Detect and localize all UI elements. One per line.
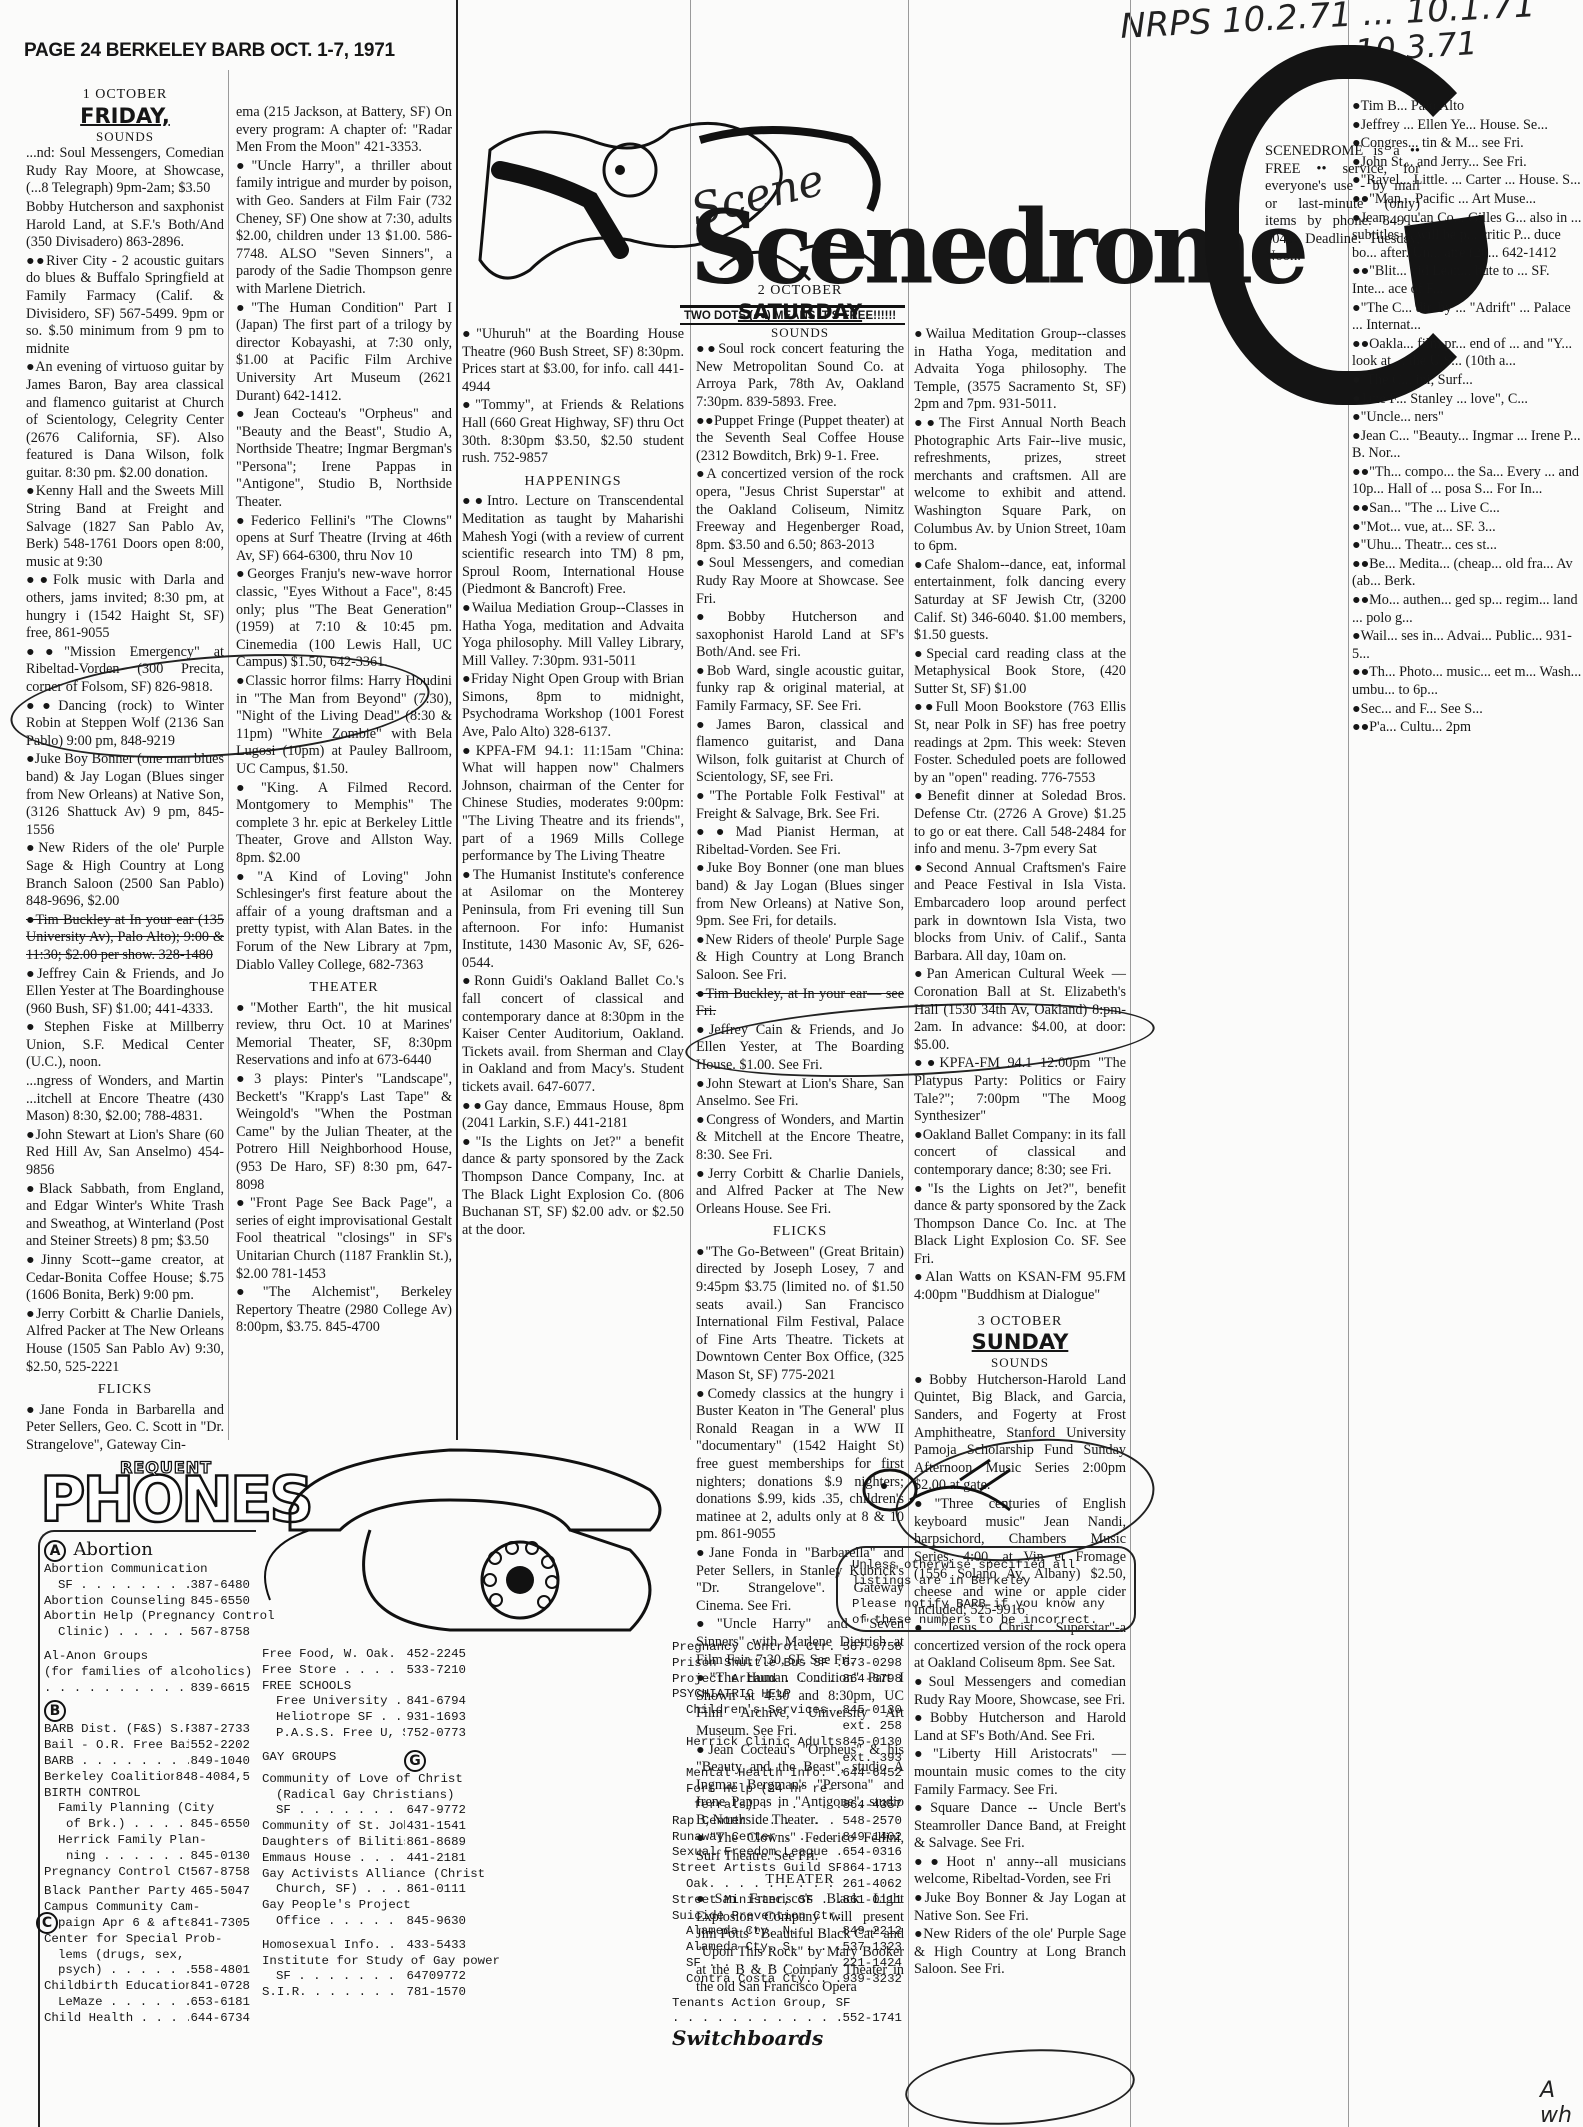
listing-circled: ●New Riders of the ole' Purple Sage & Hi… — [914, 1926, 1126, 1979]
phone-entry: Herrick Family Plan- — [44, 1833, 250, 1849]
listing: ●KPFA-FM 94.1: 11:15am "China: What will… — [462, 743, 684, 866]
listing-struck: ●Tim Buckley at In your ear (135 Univers… — [26, 912, 224, 965]
phone-entry: Street Minister, SF861-0111 — [672, 1893, 902, 1909]
listing: ●Sec... and F... See S... — [1352, 701, 1583, 719]
listing: ●"A Kind of Loving" John Schlesinger's f… — [236, 869, 452, 975]
saturday-date: 2 OCTOBER — [696, 282, 904, 300]
newspaper-page: PAGE 24 BERKELEY BARB OCT. 1-7, 1971 NRP… — [0, 0, 1583, 2127]
phone-entry: Free Food, W. Oak.452-2245 — [262, 1647, 466, 1663]
phone-entry: Homosexual Info.433-5433 — [262, 1938, 466, 1954]
theater-label: THEATER — [236, 979, 452, 997]
listing: ●Wailua Meditation Group--classes in Hat… — [914, 326, 1126, 414]
column-rule — [456, 0, 458, 1440]
phone-entry: Oak.261-4062 — [672, 1877, 902, 1893]
listing: ●Jane Fonda in Barbarella and Peter Sell… — [26, 1402, 224, 1455]
friday-column-2: ema (215 Jackson, at Battery, SF) On eve… — [236, 104, 452, 1338]
phone-entry: Daughters of Bilitis861-8689 — [262, 1835, 466, 1851]
saturday-heading: 2 OCTOBER SATURDAY SOUNDS — [696, 282, 904, 341]
cartoon-character-icon — [850, 1450, 1030, 1540]
listing: ●●Intro. Lecture on Transcendental Medit… — [462, 493, 684, 599]
sunday-day: SUNDAY — [914, 1330, 1126, 1354]
listing: ●"The C... ini, Surf... — [1352, 372, 1583, 390]
listing: ●Jinny Scott--game creator, at Cedar-Bon… — [26, 1252, 224, 1305]
phone-entry: PSYCHIATRIC HELP — [672, 1687, 902, 1703]
listing: ●Juke Boy Bonner & Jay Logan at Native S… — [914, 1890, 1126, 1925]
phones-directory-a-c: A Abortion Abortion Communication SF387-… — [44, 1540, 250, 2027]
phone-entry: SF221-1424 — [672, 1956, 902, 1972]
phone-entry: Free Store533-7210 — [262, 1663, 466, 1679]
listing: ●Jean Cocteau's "Orpheus" and "Beauty an… — [236, 406, 452, 512]
listing: ●"Uhu... Theatr... ces st... — [1352, 537, 1583, 555]
listing: ●Alan Watts on KSAN-FM 95.FM 4:00pm "Bud… — [914, 1269, 1126, 1304]
phone-entry: BARB849-1040 — [44, 1754, 250, 1770]
listing: ●Classic horror films: Harry Houdini in … — [236, 673, 452, 779]
listing: ●Congres... tin & M... see Fri. — [1352, 135, 1583, 153]
listing: ●Benefit dinner at Soledad Bros. Defense… — [914, 788, 1126, 858]
listing: ●"Ravel... Little. ... Carter ... House.… — [1352, 172, 1583, 190]
phones-note-bubble: Unless otherwise specified all listings … — [836, 1546, 1136, 1632]
friday-date: 1 OCTOBER — [26, 86, 224, 104]
phone-entry: Al-Anon Groups — [44, 1649, 250, 1665]
phone-entry: Abortion Communication — [44, 1562, 250, 1578]
phones-note-notify: Please notify BARB if you know any of th… — [852, 1597, 1120, 1628]
listing: ●"Is the Lights on Jet?" a benefit dance… — [462, 1134, 684, 1240]
listing: ●Kenny Hall and the Sweets Mill String B… — [26, 483, 224, 571]
listing: ●Wailua Mediation Group--Classes in Hath… — [462, 600, 684, 670]
phone-entry: Suicide Prevention Ctr. — [672, 1909, 902, 1925]
listing: ●A concertized version of the rock opera… — [696, 466, 904, 554]
phone-entry: psych)558-4801 — [44, 1963, 250, 1979]
phone-entry: Abortin Help (Pregnancy Control — [44, 1609, 250, 1625]
listing: ●●Full Moon Bookstore (763 Ellis St, nea… — [914, 699, 1126, 787]
phone-entry: (for families of alcoholics) — [44, 1665, 250, 1681]
listing: ●"Uhuruh" at the Boarding House Theatre … — [462, 326, 684, 396]
listing: ●●River City - 2 acoustic guitars do blu… — [26, 253, 224, 359]
gay-groups-heading: GAY GROUPS G — [262, 1750, 466, 1772]
listing: ●"The Go-Between" (Great Britain) direct… — [696, 1244, 904, 1385]
listing: ●Jeffrey ... Ellen Ye... House. Se... — [1352, 117, 1583, 135]
column-rule — [228, 70, 229, 1440]
frequent-phones-small: REQUENT — [120, 1458, 212, 1477]
listing: ●●"Man... Pacific ... Art Muse... — [1352, 191, 1583, 209]
friday-column-3: ●"Uhuruh" at the Boarding House Theatre … — [462, 326, 684, 1240]
listing: ●Oakland Ballet Company: in its fall con… — [914, 1127, 1126, 1180]
listing: ●Jerry Corbitt & Charlie Daniels, Alfred… — [26, 1306, 224, 1376]
listing: ●Friday Night Open Group with Brian Simo… — [462, 671, 684, 741]
listing: ema (215 Jackson, at Battery, SF) On eve… — [236, 104, 452, 157]
listing: ●●"Blit... vid Lean... bute to ... SF. I… — [1352, 263, 1583, 298]
phones-note-berkeley: Unless otherwise specified all listings … — [852, 1558, 1120, 1589]
listing: ●●Puppet Fringe (Puppet theater) at the … — [696, 413, 904, 466]
phone-entry: S.I.R.781-1570 — [262, 1985, 466, 2001]
letter-c-badge: C — [36, 1912, 58, 1934]
listing: ●●The First Annual North Beach Photograp… — [914, 415, 1126, 556]
listing: ...ngress of Wonders, and Martin ...itch… — [26, 1073, 224, 1126]
phone-entry: Black Panther Party465-5047 — [44, 1884, 250, 1900]
phone-entry: Rap Center548-2570 — [672, 1814, 902, 1830]
phone-entry: SF387-6480 — [44, 1578, 250, 1594]
switchboards-heading: Switchboards — [672, 2031, 902, 2047]
listing: ●Square Dance -- Uncle Bert's Steamrolle… — [914, 1800, 1126, 1853]
listing: ●●KPFA-FM 94.1 12:00pm "The Platypus Par… — [914, 1055, 1126, 1125]
phone-ext: ext. 393 — [672, 1751, 902, 1767]
phone-entry: Berkeley Coalition848-4084,5 — [44, 1770, 250, 1786]
phone-entry: Community of St. John431-1541 — [262, 1819, 466, 1835]
listing: ●Jean C... "Beauty... Ingmar ... Irene P… — [1352, 428, 1583, 463]
listing: ●3 plays: Pinter's "Landscape", Beckett'… — [236, 1071, 452, 1194]
listing: ●Ronn Guidi's Oakland Ballet Co.'s fall … — [462, 973, 684, 1096]
listing: ●John St... and Jerry... See Fri. — [1352, 154, 1583, 172]
phone-entry: Alameda Cty. S.537-1323 — [672, 1940, 902, 1956]
listing: ●Stephen Fiske at Millberry Union, S.F. … — [26, 1019, 224, 1072]
listing: ●Jeffrey Cain & Friends, and Jo Ellen Ye… — [26, 966, 224, 1019]
listing: Bobby Hutcherson and saxphonist Harold L… — [26, 199, 224, 252]
listing-circled: ●New Riders of the ole' Purple Sage & Hi… — [26, 840, 224, 910]
phone-entry: Free University841-6794 — [262, 1694, 466, 1710]
listing: ●●Folk music with Darla and others, jams… — [26, 572, 224, 642]
phone-entry: LeMaze653-6181 — [44, 1995, 250, 2011]
phone-entry: lems (drugs, sex, — [44, 1948, 250, 1964]
phone-entry: Cpaign Apr 6 & after841-7305 — [44, 1916, 250, 1932]
phone-entry: (Radical Gay Christians) — [262, 1788, 466, 1804]
sunday-sounds-label: SOUNDS — [914, 1354, 1126, 1372]
phone-entry: Fort Help (24 hr re- — [672, 1782, 902, 1798]
phone-entry: Street Artists Guild SF864-1713 — [672, 1861, 902, 1877]
saturday-day: SATURDAY — [696, 300, 904, 324]
abortion-heading: Abortion — [73, 1539, 152, 1560]
listing: ●"Mother Earth", the hit musical review,… — [236, 1000, 452, 1070]
phone-entry: Gay Activists Alliance (Christ — [262, 1867, 466, 1883]
listing: ●"Is the Lights on Jet?", benefit dance … — [914, 1181, 1126, 1269]
listing: ●●Th... Photo... music... eet m... Wash.… — [1352, 664, 1583, 699]
happenings-label: HAPPENINGS — [462, 473, 684, 491]
sunday-date: 3 OCTOBER — [914, 1313, 1126, 1331]
listing: ●"The Human Condition" Part I (Japan) Th… — [236, 300, 452, 406]
listing: ●Jeffrey Cain & Friends, and Jo Ellen Ye… — [696, 1022, 904, 1075]
listing: ●James Baron, classical and flamenco gui… — [696, 717, 904, 787]
listing: ●Soul Messengers, and comedian Rudy Ray … — [696, 555, 904, 608]
phone-entry: Childbirth Education841-0728 — [44, 1979, 250, 1995]
listing: ●Wail... ses in... Advai... Public... 93… — [1352, 628, 1583, 663]
phone-entry: FREE SCHOOLS — [262, 1679, 466, 1695]
hand-drawn-circle — [903, 2042, 1138, 2127]
listing: ●"King. A Filmed Record. Montgomery to M… — [236, 780, 452, 868]
handwritten-note-bottom: A wh — [1540, 2078, 1583, 2127]
phone-entry: of Brk.)845-6550 — [44, 1817, 250, 1833]
phone-entry: Family Planning (City — [44, 1801, 250, 1817]
listing-circled: ●New Riders of theole' Purple Sage & Hig… — [696, 932, 904, 985]
friday-heading: 1 OCTOBER FRIDAY, SOUNDS — [26, 86, 224, 145]
phone-entry: P.A.S.S. Free U, SF752-0773 — [262, 1726, 466, 1742]
listing: ●●Hoot n' anny--all musicians welcome, R… — [914, 1854, 1126, 1889]
phones-directory-f-g: Free Food, W. Oak.452-2245 Free Store533… — [262, 1647, 466, 2001]
phone-entry: SF647-9772 — [262, 1803, 466, 1819]
phone-ext: ext. 258 — [672, 1719, 902, 1735]
phone-entry: Gay People's Project — [262, 1898, 466, 1914]
sunday-heading: 3 OCTOBER SUNDAY SOUNDS — [914, 1313, 1126, 1372]
phone-entry: Herrick Clinic Adults845-0130 — [672, 1735, 902, 1751]
phone-entry: 552-1741 — [672, 2011, 902, 2027]
phone-entry: Institute for Study of Gay power — [262, 1954, 466, 1970]
listing-struck: ●Tim Buckley, at In your ear— see Fri. — [696, 986, 904, 1021]
listing: ●●Soul rock concert featuring the New Me… — [696, 341, 904, 411]
column-rule — [908, 0, 909, 2127]
phone-entry: Pregnancy Control Ctr.567-8758 — [672, 1640, 902, 1656]
phone-entry: Pregnancy Control Ctr.567-8758 — [44, 1865, 250, 1881]
listing: ●"Tommy", at Friends & Relations Hall (6… — [462, 397, 684, 467]
listing: ●●Gay dance, Emmaus House, 8pm (2041 Lar… — [462, 1098, 684, 1133]
listing: ●The Humanist Institute's conference at … — [462, 867, 684, 973]
listing: ●"The Portable Folk Festival" at Freight… — [696, 788, 904, 823]
phone-entry: Prison Shuttle Bus SF673-0298 — [672, 1656, 902, 1672]
listing: ●"Uncle... ners" — [1352, 409, 1583, 427]
listing: ●Jean ... qu'an Co... Gilles G... also i… — [1352, 210, 1583, 263]
phone-entry: SF64709772 — [262, 1969, 466, 1985]
listing: ●Georges Franju's new-wave horror classi… — [236, 566, 452, 672]
letter-a-badge: A — [44, 1540, 66, 1562]
phone-entry: Contra Costa Cty.939-3232 — [672, 1972, 902, 1988]
listing: ●●Dancing (rock) to Winter Robin at Step… — [26, 698, 224, 751]
phone-entry: ferrals)864-4357 — [672, 1798, 902, 1814]
listing: ●Tim B... Palo Alto — [1352, 98, 1583, 116]
masthead: PAGE 24 BERKELEY BARB OCT. 1-7, 1971 — [24, 40, 395, 62]
listing: ●Cafe Shalom--dance, eat, informal enter… — [914, 557, 1126, 645]
phone-entry: BARB Dist. (F&S) S.F.387-2733 — [44, 1722, 250, 1738]
letter-g-badge: G — [404, 1750, 426, 1772]
phone-entry: Abortion Counseling845-6550 — [44, 1594, 250, 1610]
phone-entry: Office845-9630 — [262, 1914, 466, 1930]
listing: ●●P'a... Cultu... 2pm — [1352, 719, 1583, 737]
flicks-label: FLICKS — [696, 1223, 904, 1241]
listing: ●●Mad Pianist Herman, at Ribeltad-Vorden… — [696, 824, 904, 859]
listing: ●Congress of Wonders, and Martin & Mitch… — [696, 1112, 904, 1165]
letter-b-badge: B — [44, 1700, 66, 1722]
listing: ●Special card reading class at the Metap… — [914, 646, 1126, 699]
listing: ●"The Alchemist", Berkeley Repertory The… — [236, 1284, 452, 1337]
friday-column-1: 1 OCTOBER FRIDAY, SOUNDS ...nd: Soul Mes… — [26, 86, 224, 1456]
phone-entry: 839-6615 — [44, 1681, 250, 1697]
phone-entry: Alameda Cty. N.849-2212 — [672, 1924, 902, 1940]
flicks-label: FLICKS — [26, 1381, 224, 1399]
phone-entry: Community of Love of Christ — [262, 1772, 466, 1788]
listing: ●"Liberty Hill Aristocrats" — mountain m… — [914, 1746, 1126, 1799]
listing: ●Pan American Cultural Week — Coronation… — [914, 966, 1126, 1054]
phone-entry: Mental Health Info.644-6452 — [672, 1766, 902, 1782]
listing: ●John Stewart at Lion's Share (60 Red Hi… — [26, 1127, 224, 1180]
phone-entry: Project Artaud864-8798 — [672, 1672, 902, 1688]
listing: ●Juke Boy Bonner (one man blues band) & … — [26, 751, 224, 839]
listing: ●Federico Fellini's "The Clowns" opens a… — [236, 513, 452, 566]
telephone-illustration — [250, 1440, 690, 1640]
listing: ●"Front Page See Back Page", a series of… — [236, 1195, 452, 1283]
listing: ●Second Annual Craftsmen's Faire and Pea… — [914, 860, 1126, 966]
right-edge-column: ●Tim B... Palo Alto ●Jeffrey ... Ellen Y… — [1352, 98, 1583, 738]
column-rule — [1130, 0, 1131, 2127]
listing: ●Black Sabbath, from England, and Edgar … — [26, 1181, 224, 1251]
listing: ●An evening of virtuoso guitar by James … — [26, 359, 224, 482]
listing: ●John Stewart at Lion's Share, San Ansel… — [696, 1076, 904, 1111]
listing: ●Bobby Hutcherson and Harold Land at SF'… — [914, 1710, 1126, 1745]
phone-entry: Children's Services845-0130 — [672, 1703, 902, 1719]
phone-entry: Church, SF)861-0111 — [262, 1882, 466, 1898]
listing: ●●Oakla... film pr... end of ... and "Y.… — [1352, 336, 1583, 371]
listing: ●Jane F... Stanley ... love", C... — [1352, 391, 1583, 409]
listing: ●"Uncle Harry", a thriller about family … — [236, 158, 452, 299]
phone-entry: Heliotrope SF931-1693 — [262, 1710, 466, 1726]
listing: ●Bobby Hutcherson and saxophonist Harold… — [696, 609, 904, 662]
listing: ●Juke Boy Bonner (one man blues band) & … — [696, 860, 904, 930]
phone-entry: Tenants Action Group, SF — [672, 1996, 902, 2012]
listing: ●●Be... Medita... (cheap... old fra... A… — [1352, 556, 1583, 591]
phone-entry: Child Health644-6734 — [44, 2011, 250, 2027]
listing: ●●"Th... compo... the Sa... Every ... an… — [1352, 464, 1583, 499]
phone-entry: ning845-0130 — [44, 1849, 250, 1865]
phone-entry: Sexual Freedom League654-0316 — [672, 1845, 902, 1861]
listing: ●Jerry Corbitt & Charlie Daniels, and Al… — [696, 1166, 904, 1219]
friday-sounds-label: SOUNDS — [26, 128, 224, 146]
phone-entry: Bail - O.R. Free Bail552-2202 — [44, 1738, 250, 1754]
phone-entry: Center for Special Prob- — [44, 1932, 250, 1948]
listing: ●"The C... dir. by ... "Adrift" ... Pala… — [1352, 300, 1583, 335]
listing: ●●"Mission Emergency" at Ribeltad-Vorden… — [26, 644, 224, 697]
listing: ●●Mo... authen... ged sp... regim... lan… — [1352, 592, 1583, 627]
saturday-sounds-label: SOUNDS — [696, 324, 904, 342]
phone-entry: Clinic)567-8758 — [44, 1625, 250, 1641]
phone-entry: Campus Community Cam- — [44, 1900, 250, 1916]
listing: ●●San... "The ... Live C... — [1352, 500, 1583, 518]
phone-entry: Runaway Center849-1402 — [672, 1830, 902, 1846]
section-a-heading: A Abortion — [44, 1540, 250, 1562]
friday-day: FRIDAY, — [26, 104, 224, 128]
listing: ●"Mot... vue, at... SF. 3... — [1352, 519, 1583, 537]
listing: ...nd: Soul Messengers, Comedian Rudy Ra… — [26, 145, 224, 198]
listing: ●Bob Ward, single acoustic guitar, funky… — [696, 663, 904, 716]
phone-entry: Emmaus House441-2181 — [262, 1851, 466, 1867]
saturday-sunday-column: ●Wailua Meditation Group--classes in Hat… — [914, 326, 1126, 1980]
phone-entry: BIRTH CONTROL — [44, 1786, 250, 1802]
listing: ●Soul Messengers and comedian Rudy Ray M… — [914, 1674, 1126, 1709]
phones-directory-p-t: Pregnancy Control Ctr.567-8758 Prison Sh… — [672, 1640, 902, 2047]
